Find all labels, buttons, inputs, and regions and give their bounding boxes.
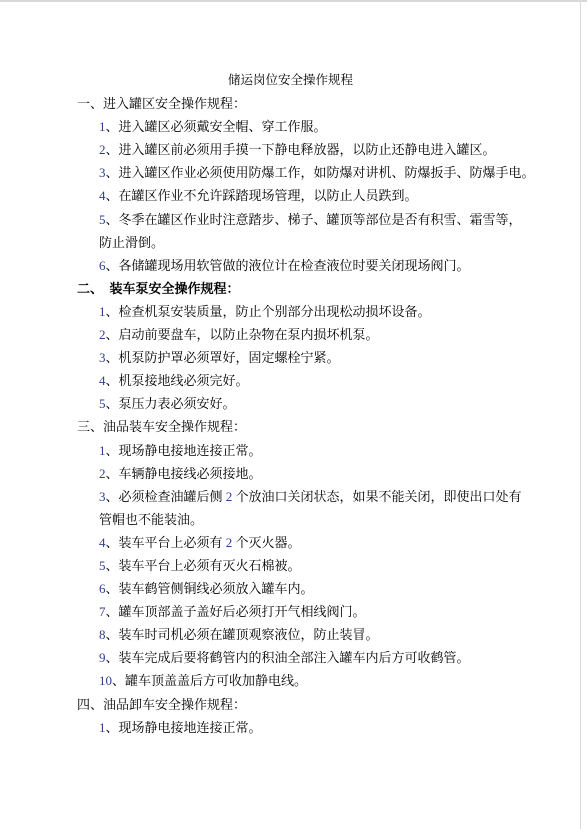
list-item: 1、检查机泵安装质量，防止个别部分出现松动损坏设备。 bbox=[0, 300, 581, 323]
section-heading: 一、进入罐区安全操作规程： bbox=[0, 92, 581, 115]
document-page: 储运岗位安全操作规程 一、进入罐区安全操作规程：1、进入罐区必须戴安全帽、穿工作… bbox=[0, 0, 587, 829]
text-run: 、现场静电接地连接正常。 bbox=[106, 720, 262, 735]
list-item: 1、现场静电接地连接正常。 bbox=[0, 716, 581, 739]
text-run: 、各储罐现场用软管做的液位计在检查液位时要关闭现场阀门。 bbox=[106, 258, 470, 273]
document-body: 一、进入罐区安全操作规程：1、进入罐区必须戴安全帽、穿工作服。2、进入罐区前必须… bbox=[0, 92, 581, 739]
page-top-edge bbox=[0, 0, 587, 2]
list-item: 2、车辆静电接线必须接地。 bbox=[0, 462, 581, 485]
text-run: 、机泵接地线必须完好。 bbox=[106, 373, 249, 388]
text-run: 、机泵防护罩必须罩好，固定螺栓宁紧。 bbox=[106, 350, 340, 365]
list-item: 10、罐车顶盖盖后方可收加静电线。 bbox=[0, 669, 581, 692]
text-run: 、装车平台上必须有灭火石棉被。 bbox=[106, 558, 301, 573]
list-item: 4、装车平台上必须有 2 个灭火器。 bbox=[0, 531, 581, 554]
list-item: 8、装车时司机必须在罐顶观察液位，防止装冒。 bbox=[0, 623, 581, 646]
list-item: 2、进入罐区前必须用手摸一下静电释放器，以防止还静电进入罐区。 bbox=[0, 138, 581, 161]
section-heading: 二、 装车泵安全操作规程： bbox=[0, 277, 581, 300]
text-run: 、泵压力表必须安好。 bbox=[106, 396, 236, 411]
document-content: 储运岗位安全操作规程 一、进入罐区安全操作规程：1、进入罐区必须戴安全帽、穿工作… bbox=[0, 69, 581, 739]
text-run: 、进入罐区作业必须使用防爆工作，如防爆对讲机、防爆扳手、防爆手电。 bbox=[106, 165, 535, 180]
list-item: 4、机泵接地线必须完好。 bbox=[0, 369, 581, 392]
text-run: 、在罐区作业不允许踩踏现场管理，以防止人员跌到。 bbox=[106, 188, 418, 203]
text-run: 、进入罐区必须戴安全帽、穿工作服。 bbox=[106, 119, 327, 134]
text-run: 四、油品卸车安全操作规程： bbox=[77, 697, 246, 712]
list-item: 3、必须检查油罐后侧 2 个放油口关闭状态，如果不能关闭，即使出口处有 管帽也不… bbox=[0, 485, 581, 531]
text-run: 一、进入罐区安全操作规程： bbox=[77, 96, 246, 111]
list-item: 1、现场静电接地连接正常。 bbox=[0, 439, 581, 462]
text-run: 、车辆静电接线必须接地。 bbox=[106, 466, 262, 481]
list-item: 5、装车平台上必须有灭火石棉被。 bbox=[0, 554, 581, 577]
text-run: 、罐车顶部盖子盖好后必须打开气相线阀门。 bbox=[106, 604, 366, 619]
list-item: 1、进入罐区必须戴安全帽、穿工作服。 bbox=[0, 115, 581, 138]
list-item: 7、罐车顶部盖子盖好后必须打开气相线阀门。 bbox=[0, 600, 581, 623]
text-run: 、必须检查油罐后侧 bbox=[106, 489, 226, 504]
item-number: 10 bbox=[99, 673, 112, 688]
list-item: 6、各储罐现场用软管做的液位计在检查液位时要关闭现场阀门。 bbox=[0, 254, 581, 277]
text-run: 、现场静电接地连接正常。 bbox=[106, 443, 262, 458]
list-item: 9、装车完成后要将鹤管内的积油全部注入罐车内后方可收鹤管。 bbox=[0, 646, 581, 669]
text-run: 、启动前要盘车，以防止杂物在泵内损坏机泵。 bbox=[106, 327, 379, 342]
section-heading: 四、油品卸车安全操作规程： bbox=[0, 693, 581, 716]
list-item: 3、机泵防护罩必须罩好，固定螺栓宁紧。 bbox=[0, 346, 581, 369]
list-item: 2、启动前要盘车，以防止杂物在泵内损坏机泵。 bbox=[0, 323, 581, 346]
list-item: 4、在罐区作业不允许踩踏现场管理，以防止人员跌到。 bbox=[0, 184, 581, 207]
text-run: 、装车鹤管侧铜线必须放入罐车内。 bbox=[106, 581, 314, 596]
list-item: 5、冬季在罐区作业时注意踏步、梯子、罐顶等部位是否有积雪、霜雪等， 防止滑倒。 bbox=[0, 208, 581, 254]
text-run: 个灭火器。 bbox=[232, 535, 300, 550]
text-run: 、罐车顶盖盖后方可收加静电线。 bbox=[112, 673, 307, 688]
text-run: 、进入罐区前必须用手摸一下静电释放器，以防止还静电进入罐区。 bbox=[106, 142, 496, 157]
text-run: 、装车平台上必须有 bbox=[106, 535, 226, 550]
text-run: 二、 装车泵安全操作规程： bbox=[77, 281, 240, 296]
list-item: 5、泵压力表必须安好。 bbox=[0, 392, 581, 415]
text-run: 、冬季在罐区作业时注意踏步、梯子、罐顶等部位是否有积雪、霜雪等， 防止滑倒。 bbox=[99, 212, 522, 250]
text-run: 、装车完成后要将鹤管内的积油全部注入罐车内后方可收鹤管。 bbox=[106, 650, 470, 665]
text-run: 、装车时司机必须在罐顶观察液位，防止装冒。 bbox=[106, 627, 379, 642]
text-run: 三、油品装车安全操作规程： bbox=[77, 419, 246, 434]
list-item: 3、进入罐区作业必须使用防爆工作，如防爆对讲机、防爆扳手、防爆手电。 bbox=[0, 161, 581, 184]
page-title: 储运岗位安全操作规程 bbox=[0, 69, 581, 92]
list-item: 6、装车鹤管侧铜线必须放入罐车内。 bbox=[0, 577, 581, 600]
section-heading: 三、油品装车安全操作规程： bbox=[0, 415, 581, 438]
text-run: 、检查机泵安装质量，防止个别部分出现松动损坏设备。 bbox=[106, 304, 431, 319]
